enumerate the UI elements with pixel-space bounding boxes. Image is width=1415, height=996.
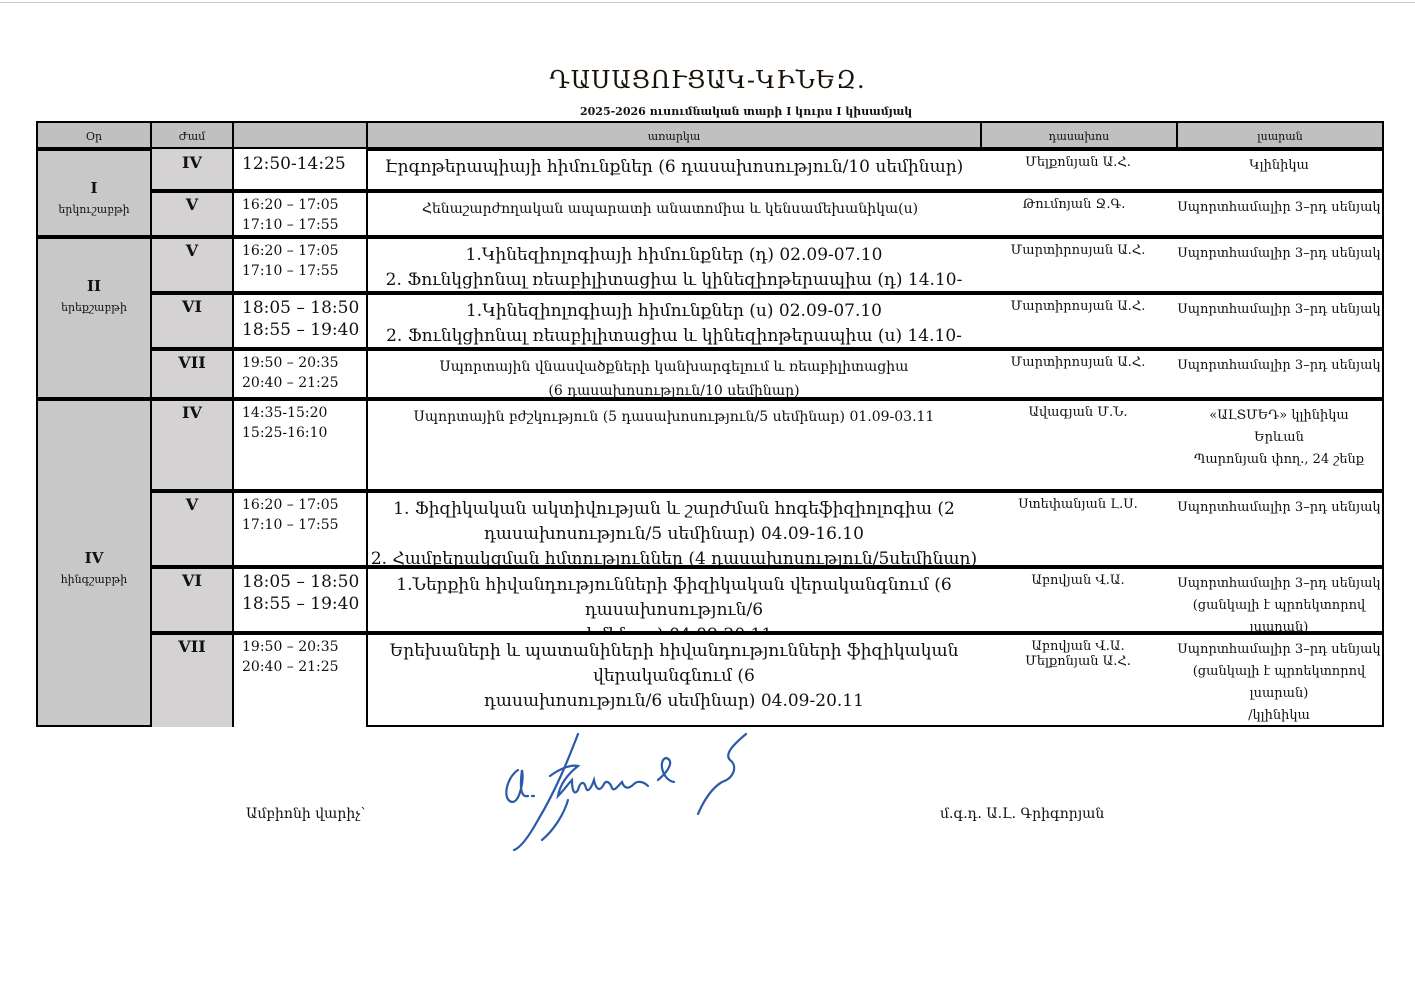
subject-cell: Սպորտային վնասվածքների կանխարգելում և ռե… [366, 349, 982, 399]
teacher-cell: Աբովյան Վ.Ա. [980, 567, 1178, 633]
room-cell: «ԱԼՏՄԵԴ» կլինիկաԵրևանՊարոնյան փող., 24 շ… [1176, 399, 1384, 491]
pair-number: V [150, 191, 234, 237]
pair-number: VII [150, 633, 234, 727]
room-line: Սպորտհամալիր 3–րդ սենյակ [1176, 639, 1382, 661]
room-line: Կլինիկա [1176, 155, 1382, 177]
pair-number: V [150, 491, 234, 567]
room-cell: Սպորտհամալիր 3–րդ սենյակ [1176, 491, 1384, 567]
time-range: 16:20 – 17:05 [242, 195, 368, 215]
room-line: Պարոնյան փող., 24 շենք [1176, 449, 1382, 471]
subject-line: Սպորտային բժշկություն (5 դասախոսություն/… [368, 405, 980, 429]
subject-cell: 1.Ներքին հիվանդությունների ֆիզիկական վեր… [366, 567, 982, 633]
time-range: 20:40 – 21:25 [242, 657, 368, 677]
day-name: երեքշաբթի [38, 301, 150, 314]
teacher-cell: Ստեփանյան Լ.Ս. [980, 491, 1178, 567]
pair-number: V [150, 237, 234, 293]
pair-number: VI [150, 293, 234, 349]
teacher-cell: Մարտիրոսյան Ա.Հ. [980, 237, 1178, 293]
signature-icon [498, 730, 753, 855]
subject-line: 1. Ֆիզիկական ակտիվության և շարժման հոգեֆ… [368, 497, 980, 522]
time-cell: 14:35-15:2015:25-16:10 [232, 399, 368, 491]
teacher-name: Թումոյան Ջ.Գ. [972, 197, 1176, 212]
time-range: 18:05 – 18:50 [242, 297, 368, 319]
time-range: 19:50 – 20:35 [242, 353, 368, 373]
room-line: «ԱԼՏՄԵԴ» կլինիկա [1176, 405, 1382, 427]
room-line: Սպորտհամալիր 3–րդ սենյակ [1176, 355, 1382, 377]
time-range: 18:55 – 19:40 [242, 593, 368, 615]
teacher-name: Մարտիրոսյան Ա.Հ. [980, 299, 1176, 314]
subject-line: Երեխաների և պատանիների հիվանդությունների… [368, 639, 980, 689]
row-divider [150, 189, 1384, 193]
teacher-cell: Մարտիրոսյան Ա.Հ. [980, 349, 1178, 399]
header-day: Օր [36, 121, 152, 149]
subject-line: Հենաշարժողական ապարատի անատոմիա և կենսամ… [368, 197, 972, 221]
day-divider [36, 397, 1384, 401]
room-line: Երևան [1176, 427, 1382, 449]
time-range: 14:35-15:20 [242, 403, 368, 423]
room-line: Սպորտհամալիր 3–րդ սենյակ [1176, 197, 1382, 219]
teacher-name: Աբովյան Վ.Ա. [980, 573, 1176, 588]
department-head-name: մ.գ.դ. Ա.Լ. Գրիգորյան [940, 806, 1104, 822]
day-number: IV [38, 549, 150, 567]
room-cell: Սպորտհամալիր 3–րդ սենյակ [1176, 293, 1384, 349]
room-cell: Կլինիկա [1176, 149, 1384, 191]
day-cell: Iերկուշաբթի [36, 149, 152, 237]
time-cell: 16:20 – 17:0517:10 – 17:55 [232, 191, 368, 237]
time-cell: 16:20 – 17:0517:10 – 17:55 [232, 491, 368, 567]
time-range: 17:10 – 17:55 [242, 261, 368, 281]
header-hour: Ժամ [150, 121, 234, 149]
room-line: (ցանկալի է պրոեկտորով [1176, 661, 1382, 683]
row-divider [150, 631, 1384, 635]
room-line: Սպորտհամալիր 3–րդ սենյակ [1176, 243, 1382, 265]
teacher-name: Աբովյան Վ.Ա. [980, 639, 1176, 654]
subject-line: Էրգոթերապիայի հիմունքներ (6 դասախոսությո… [368, 155, 980, 180]
room-cell: Սպորտհամալիր 3–րդ սենյակ [1176, 191, 1384, 237]
time-cell: 19:50 – 20:3520:40 – 21:25 [232, 633, 368, 727]
pair-number: VII [150, 349, 234, 399]
time-range: 17:10 – 17:55 [242, 515, 368, 535]
time-range: 15:25-16:10 [242, 423, 368, 443]
department-head-label: Ամբիոնի վարիչ՝ [246, 806, 365, 822]
subject-line: 1.Կինեզիոլոգիայի հիմունքներ (ս) 02.09-07… [368, 299, 980, 324]
day-divider [36, 235, 1384, 239]
time-range: 20:40 – 21:25 [242, 373, 368, 393]
day-name: երկուշաբթի [38, 203, 150, 216]
time-cell: 16:20 – 17:0517:10 – 17:55 [232, 237, 368, 293]
room-line: Սպորտհամալիր 3–րդ սենյակ [1176, 299, 1382, 321]
time-range: 16:20 – 17:05 [242, 241, 368, 261]
row-divider [150, 347, 1384, 351]
pair-number: VI [150, 567, 234, 633]
row-divider [150, 291, 1384, 295]
room-cell: Սպորտհամալիր 3–րդ սենյակ [1176, 349, 1384, 399]
header-time [232, 121, 368, 149]
row-divider [150, 565, 1384, 569]
teacher-name: Մելքոնյան Ա.Հ. [980, 654, 1176, 669]
room-line: /կլինիկա [1176, 705, 1382, 727]
header-teacher: դասախոս [980, 121, 1178, 149]
time-range: 12:50-14:25 [242, 153, 368, 175]
subject-cell: Սպորտային բժշկություն (5 դասախոսություն/… [366, 399, 982, 491]
time-range: 18:05 – 18:50 [242, 571, 368, 593]
header-subject: առարկա [366, 121, 982, 149]
day-cell: IVհինգշաբթի [36, 399, 152, 727]
time-cell: 18:05 – 18:5018:55 – 19:40 [232, 567, 368, 633]
room-cell: Սպորտհամալիր 3–րդ սենյակ(ցանկալի է պրոեկ… [1176, 567, 1384, 633]
day-cell: IIերեքշաբթի [36, 237, 152, 399]
time-cell: 19:50 – 20:3520:40 – 21:25 [232, 349, 368, 399]
page-subtitle: 2025-2026 ուսումնական տարի I կուրս I կիս… [580, 105, 912, 118]
subject-line: դասախոսություն/6 սեմինար) 04.09-20.11 [368, 689, 980, 714]
subject-cell: 1.Կինեզիոլոգիայի հիմունքներ (ս) 02.09-07… [366, 293, 982, 349]
room-cell: Սպորտհամալիր 3–րդ սենյակ(ցանկալի է պրոեկ… [1176, 633, 1384, 727]
room-line: լսարան) [1176, 683, 1382, 705]
room-line: Սպորտհամալիր 3–րդ սենյակ [1176, 573, 1382, 595]
subject-line: 1.Կինեզիոլոգիայի հիմունքներ (դ) 02.09-07… [368, 243, 980, 268]
subject-cell: Հենաշարժողական ապարատի անատոմիա և կենսամ… [366, 191, 974, 237]
subject-cell: Էրգոթերապիայի հիմունքներ (6 դասախոսությո… [366, 149, 982, 191]
pair-number: IV [150, 399, 234, 491]
row-divider [150, 489, 1384, 493]
teacher-name: Մարտիրոսյան Ա.Հ. [980, 243, 1176, 258]
page-title: ԴԱՍԱՑՈՒՑԱԿ-ԿԻՆԵԶ. [0, 66, 1415, 94]
day-number: II [38, 277, 150, 295]
room-line: Սպորտհամալիր 3–րդ սենյակ [1176, 497, 1382, 519]
time-range: 19:50 – 20:35 [242, 637, 368, 657]
subject-line: Սպորտային վնասվածքների կանխարգելում և ռե… [368, 355, 980, 379]
day-number: I [38, 179, 150, 197]
room-line: (ցանկալի է պրոեկտորով [1176, 595, 1382, 617]
teacher-cell: Թումոյան Ջ.Գ. [972, 191, 1178, 237]
teacher-cell: Ավագյան Մ.Ն. [980, 399, 1178, 491]
time-cell: 12:50-14:25 [232, 149, 368, 191]
room-cell: Սպորտհամալիր 3–րդ սենյակ [1176, 237, 1384, 293]
subject-line: դասախոսություն/5 սեմինար) 04.09-16.10 [368, 522, 980, 547]
subject-line: 1.Ներքին հիվանդությունների ֆիզիկական վեր… [368, 573, 980, 623]
teacher-cell: Աբովյան Վ.Ա.Մելքոնյան Ա.Հ. [980, 633, 1178, 727]
subject-cell: Երեխաների և պատանիների հիվանդությունների… [366, 633, 982, 727]
pair-number: IV [150, 149, 234, 191]
header-room: լսարան [1176, 121, 1384, 149]
teacher-name: Մելքոնյան Ա.Հ. [980, 155, 1176, 170]
time-cell: 18:05 – 18:5018:55 – 19:40 [232, 293, 368, 349]
teacher-cell: Մարտիրոսյան Ա.Հ. [980, 293, 1178, 349]
day-name: հինգշաբթի [38, 573, 150, 586]
time-range: 17:10 – 17:55 [242, 215, 368, 235]
subject-cell: 1.Կինեզիոլոգիայի հիմունքներ (դ) 02.09-07… [366, 237, 982, 293]
time-range: 18:55 – 19:40 [242, 319, 368, 341]
subject-cell: 1. Ֆիզիկական ակտիվության և շարժման հոգեֆ… [366, 491, 982, 567]
teacher-name: Մարտիրոսյան Ա.Հ. [980, 355, 1176, 370]
time-range: 16:20 – 17:05 [242, 495, 368, 515]
teacher-name: Ստեփանյան Լ.Ս. [980, 497, 1176, 512]
teacher-cell: Մելքոնյան Ա.Հ. [980, 149, 1178, 191]
teacher-name: Ավագյան Մ.Ն. [980, 405, 1176, 420]
page-top-rule [0, 2, 1415, 3]
